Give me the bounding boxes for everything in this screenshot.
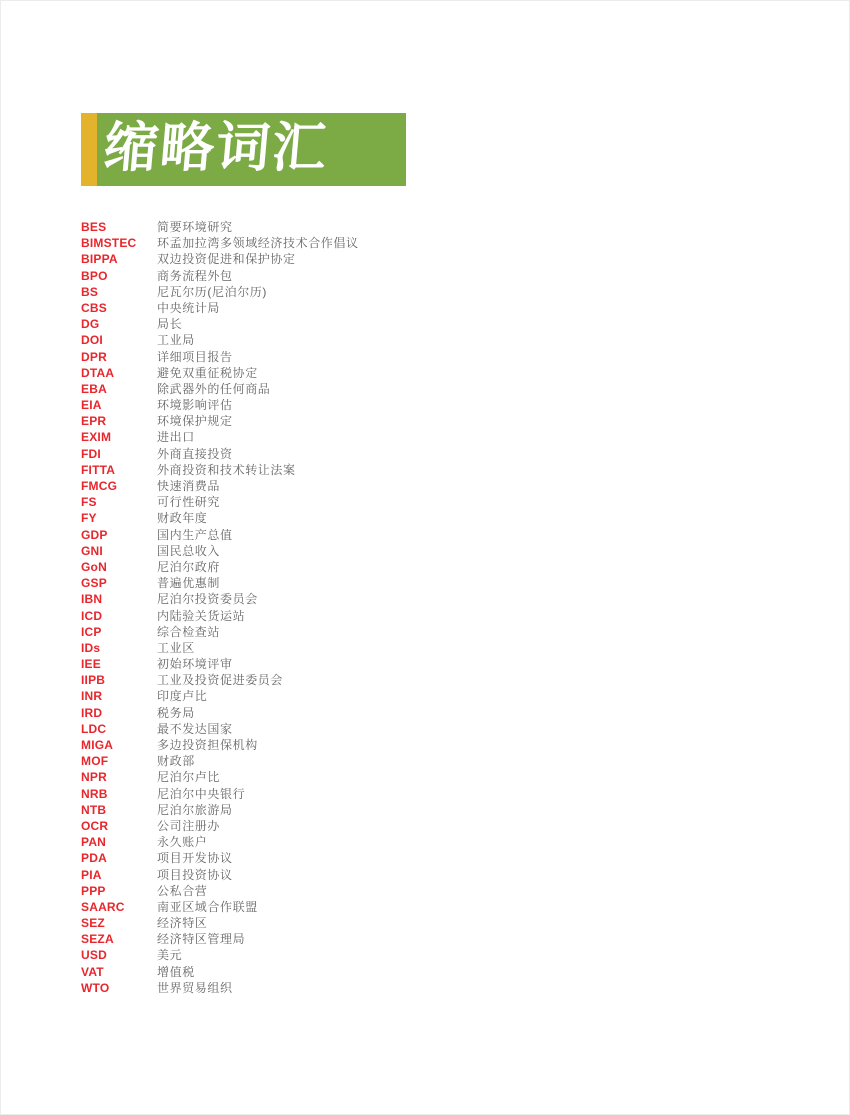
abbreviation: NTB [81, 802, 157, 818]
list-item: ICP综合检查站 [81, 624, 761, 640]
description: 永久账户 [157, 834, 207, 850]
abbreviation: GNI [81, 543, 157, 559]
list-item: EPR环境保护规定 [81, 413, 761, 429]
abbreviation: IBN [81, 591, 157, 607]
list-item: USD美元 [81, 947, 761, 963]
abbreviation: SAARC [81, 899, 157, 915]
list-item: NRB尼泊尔中央银行 [81, 786, 761, 802]
description: 综合检查站 [157, 624, 220, 640]
abbreviation: PPP [81, 883, 157, 899]
list-item: PIA项目投资协议 [81, 867, 761, 883]
list-item: DG局长 [81, 316, 761, 332]
abbreviation: GSP [81, 575, 157, 591]
description: 国民总收入 [157, 543, 220, 559]
list-item: LDC最不发达国家 [81, 721, 761, 737]
list-item: FS可行性研究 [81, 494, 761, 510]
description: 国内生产总值 [157, 527, 233, 543]
description: 财政部 [157, 753, 195, 769]
description: 局长 [157, 316, 182, 332]
abbreviation: PIA [81, 867, 157, 883]
description: 美元 [157, 947, 182, 963]
list-item: GoN尼泊尔政府 [81, 559, 761, 575]
abbreviation: CBS [81, 300, 157, 316]
list-item: BIPPA双边投资促进和保护协定 [81, 251, 761, 267]
list-item: WTO世界贸易组织 [81, 980, 761, 996]
page-title: 缩略词汇 [101, 113, 331, 186]
document-page: 缩略词汇 BES简要环境研究BIMSTEC环孟加拉湾多领域经济技术合作倡议BIP… [0, 0, 850, 1115]
description: 外商直接投资 [157, 446, 233, 462]
abbreviation: IDs [81, 640, 157, 656]
description: 项目投资协议 [157, 867, 233, 883]
list-item: GDP国内生产总值 [81, 527, 761, 543]
list-item: NTB尼泊尔旅游局 [81, 802, 761, 818]
list-item: VAT增值税 [81, 964, 761, 980]
list-item: OCR公司注册办 [81, 818, 761, 834]
abbreviation: DTAA [81, 365, 157, 381]
abbreviation: NRB [81, 786, 157, 802]
list-item: INR印度卢比 [81, 688, 761, 704]
abbreviation: INR [81, 688, 157, 704]
description: 环境影响评估 [157, 397, 233, 413]
description: 增值税 [157, 964, 195, 980]
description: 公私合营 [157, 883, 207, 899]
list-item: DTAA避免双重征税协定 [81, 365, 761, 381]
description: 外商投资和技术转让法案 [157, 462, 296, 478]
abbreviation: WTO [81, 980, 157, 996]
abbreviation: FY [81, 510, 157, 526]
list-item: IEE初始环境评审 [81, 656, 761, 672]
description: 商务流程外包 [157, 268, 233, 284]
list-item: PAN永久账户 [81, 834, 761, 850]
description: 环孟加拉湾多领域经济技术合作倡议 [157, 235, 359, 251]
abbreviation: SEZ [81, 915, 157, 931]
accent-bar [81, 113, 97, 186]
description: 公司注册办 [157, 818, 220, 834]
abbreviation: GoN [81, 559, 157, 575]
description: 普遍优惠制 [157, 575, 220, 591]
description: 印度卢比 [157, 688, 207, 704]
list-item: DPR详细项目报告 [81, 349, 761, 365]
description: 税务局 [157, 705, 195, 721]
abbreviation: VAT [81, 964, 157, 980]
list-item: MOF财政部 [81, 753, 761, 769]
abbreviation: EBA [81, 381, 157, 397]
list-item: PDA项目开发协议 [81, 850, 761, 866]
abbreviation: BIMSTEC [81, 235, 157, 251]
list-item: ICD内陆验关货运站 [81, 608, 761, 624]
section-header-banner: 缩略词汇 [81, 113, 406, 186]
list-item: EIA环境影响评估 [81, 397, 761, 413]
abbreviation: PAN [81, 834, 157, 850]
description: 中央统计局 [157, 300, 220, 316]
description: 尼泊尔投资委员会 [157, 591, 258, 607]
list-item: IIPB工业及投资促进委员会 [81, 672, 761, 688]
list-item: IRD税务局 [81, 705, 761, 721]
list-item: IDs工业区 [81, 640, 761, 656]
description: 进出口 [157, 429, 195, 445]
abbreviation: ICD [81, 608, 157, 624]
description: 尼泊尔中央银行 [157, 786, 245, 802]
abbreviation: ICP [81, 624, 157, 640]
abbreviation: FITTA [81, 462, 157, 478]
description: 初始环境评审 [157, 656, 233, 672]
description: 工业局 [157, 332, 195, 348]
abbreviation: PDA [81, 850, 157, 866]
list-item: MIGA多边投资担保机构 [81, 737, 761, 753]
abbreviation: OCR [81, 818, 157, 834]
description: 双边投资促进和保护协定 [157, 251, 296, 267]
abbreviation: IRD [81, 705, 157, 721]
list-item: FY财政年度 [81, 510, 761, 526]
abbreviation: DG [81, 316, 157, 332]
abbreviation: BES [81, 219, 157, 235]
description: 除武器外的任何商品 [157, 381, 270, 397]
list-item: PPP公私合营 [81, 883, 761, 899]
description: 快速消费品 [157, 478, 220, 494]
abbreviation: FMCG [81, 478, 157, 494]
abbreviation: IIPB [81, 672, 157, 688]
list-item: BPO商务流程外包 [81, 268, 761, 284]
description: 环境保护规定 [157, 413, 233, 429]
description: 世界贸易组织 [157, 980, 233, 996]
abbreviation: BIPPA [81, 251, 157, 267]
description: 工业区 [157, 640, 195, 656]
list-item: IBN尼泊尔投资委员会 [81, 591, 761, 607]
description: 工业及投资促进委员会 [157, 672, 283, 688]
list-item: EXIM进出口 [81, 429, 761, 445]
list-item: BS尼瓦尔历(尼泊尔历) [81, 284, 761, 300]
abbreviation-list: BES简要环境研究BIMSTEC环孟加拉湾多领域经济技术合作倡议BIPPA双边投… [81, 219, 761, 996]
list-item: EBA除武器外的任何商品 [81, 381, 761, 397]
description: 避免双重征税协定 [157, 365, 258, 381]
list-item: SEZ经济特区 [81, 915, 761, 931]
abbreviation: USD [81, 947, 157, 963]
description: 南亚区域合作联盟 [157, 899, 258, 915]
abbreviation: FS [81, 494, 157, 510]
abbreviation: BPO [81, 268, 157, 284]
abbreviation: NPR [81, 769, 157, 785]
description: 内陆验关货运站 [157, 608, 245, 624]
abbreviation: MIGA [81, 737, 157, 753]
abbreviation: EPR [81, 413, 157, 429]
list-item: SEZA经济特区管理局 [81, 931, 761, 947]
description: 财政年度 [157, 510, 207, 526]
list-item: BIMSTEC环孟加拉湾多领域经济技术合作倡议 [81, 235, 761, 251]
list-item: FMCG快速消费品 [81, 478, 761, 494]
description: 最不发达国家 [157, 721, 233, 737]
description: 简要环境研究 [157, 219, 233, 235]
abbreviation: SEZA [81, 931, 157, 947]
description: 尼泊尔卢比 [157, 769, 220, 785]
description: 可行性研究 [157, 494, 220, 510]
abbreviation: EIA [81, 397, 157, 413]
abbreviation: GDP [81, 527, 157, 543]
abbreviation: DOI [81, 332, 157, 348]
description: 尼泊尔政府 [157, 559, 220, 575]
list-item: GSP普遍优惠制 [81, 575, 761, 591]
description: 尼瓦尔历(尼泊尔历) [157, 284, 267, 300]
description: 项目开发协议 [157, 850, 233, 866]
list-item: BES简要环境研究 [81, 219, 761, 235]
description: 详细项目报告 [157, 349, 233, 365]
abbreviation: IEE [81, 656, 157, 672]
list-item: SAARC南亚区域合作联盟 [81, 899, 761, 915]
list-item: FITTA外商投资和技术转让法案 [81, 462, 761, 478]
list-item: CBS中央统计局 [81, 300, 761, 316]
list-item: GNI国民总收入 [81, 543, 761, 559]
abbreviation: BS [81, 284, 157, 300]
description: 经济特区管理局 [157, 931, 245, 947]
abbreviation: FDI [81, 446, 157, 462]
abbreviation: MOF [81, 753, 157, 769]
list-item: DOI工业局 [81, 332, 761, 348]
abbreviation: LDC [81, 721, 157, 737]
description: 多边投资担保机构 [157, 737, 258, 753]
abbreviation: DPR [81, 349, 157, 365]
abbreviation: EXIM [81, 429, 157, 445]
list-item: FDI外商直接投资 [81, 446, 761, 462]
description: 尼泊尔旅游局 [157, 802, 233, 818]
description: 经济特区 [157, 915, 207, 931]
list-item: NPR尼泊尔卢比 [81, 769, 761, 785]
